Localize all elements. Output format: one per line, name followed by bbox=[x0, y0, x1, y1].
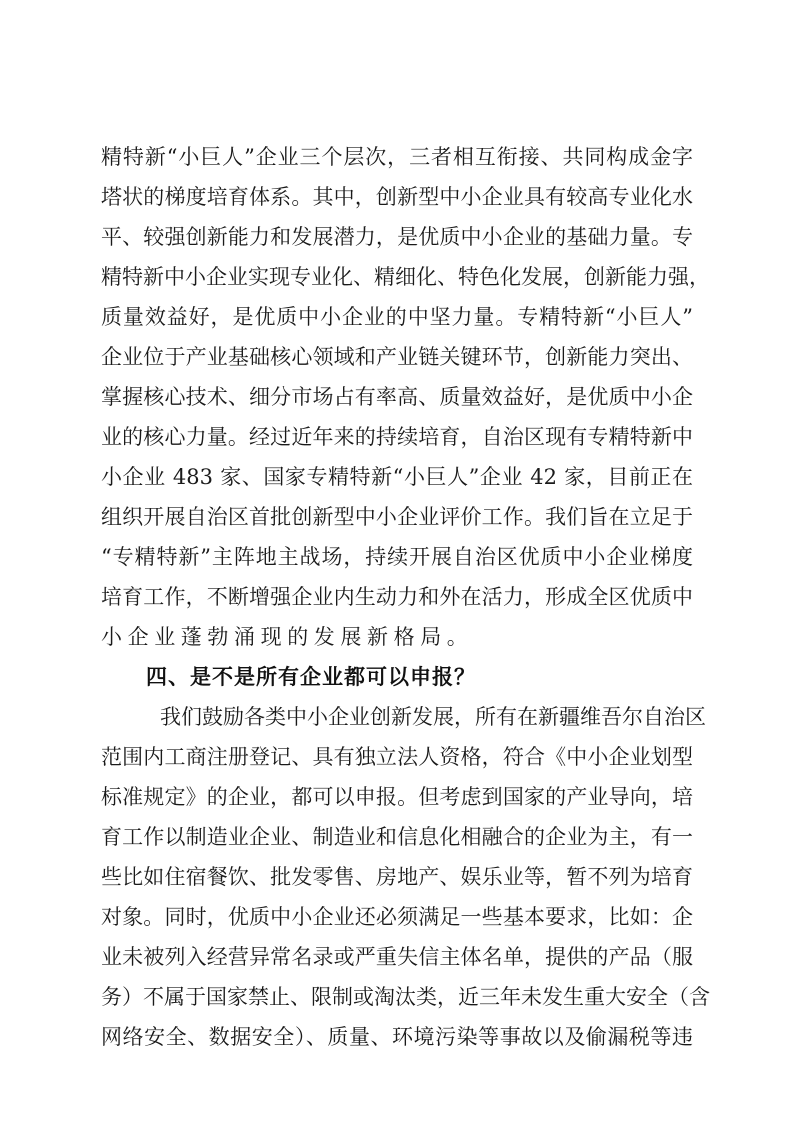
paragraph-line: “专精特新”主阵地主战场，持续开展自治区优质中小企业梯度 bbox=[101, 537, 693, 577]
paragraph-line: 掌握核心技术、细分市场占有率高、质量效益好，是优质中小企 bbox=[101, 377, 693, 417]
paragraph-line: 培育工作，不断增强企业内生动力和外在活力，形成全区优质中 bbox=[101, 577, 693, 617]
paragraph-line: 组织开展自治区首批创新型中小企业评价工作。我们旨在立足于 bbox=[101, 497, 693, 537]
paragraph-line: 范围内工商注册登记、具有独立法人资格，符合《中小企业划型 bbox=[101, 737, 693, 777]
paragraph-line: 小企业 483 家、国家专精特新“小巨人”企业 42 家，目前正在 bbox=[101, 457, 693, 497]
paragraph-line: 质量效益好，是优质中小企业的中坚力量。专精特新“小巨人” bbox=[101, 297, 693, 337]
paragraph-line: 网络安全、数据安全）、质量、环境污染等事故以及偷漏税等违 bbox=[101, 1017, 693, 1057]
paragraph-line: 业未被列入经营异常名录或严重失信主体名单，提供的产品（服 bbox=[101, 937, 693, 977]
document-body: 精特新“小巨人”企业三个层次，三者相互衔接、共同构成金字 塔状的梯度培育体系。其… bbox=[101, 137, 693, 1057]
paragraph-line: 对象。同时，优质中小企业还必须满足一些基本要求，比如：企 bbox=[101, 897, 693, 937]
paragraph-line: 业的核心力量。经过近年来的持续培育，自治区现有专精特新中 bbox=[101, 417, 693, 457]
paragraph-line: 精特新中小企业实现专业化、精细化、特色化发展，创新能力强， bbox=[101, 257, 693, 297]
paragraph-line: 塔状的梯度培育体系。其中，创新型中小企业具有较高专业化水 bbox=[101, 177, 693, 217]
section-heading: 四、是不是所有企业都可以申报？ bbox=[101, 657, 693, 697]
paragraph-line: 我们鼓励各类中小企业创新发展，所有在新疆维吾尔自治区 bbox=[101, 697, 693, 737]
document-page: 精特新“小巨人”企业三个层次，三者相互衔接、共同构成金字 塔状的梯度培育体系。其… bbox=[0, 0, 793, 1122]
paragraph-line: 小企业蓬勃涌现的发展新格局。 bbox=[101, 617, 693, 657]
paragraph-line: 标准规定》的企业，都可以申报。但考虑到国家的产业导向，培 bbox=[101, 777, 693, 817]
paragraph-line: 精特新“小巨人”企业三个层次，三者相互衔接、共同构成金字 bbox=[101, 137, 693, 177]
paragraph-line: 些比如住宿餐饮、批发零售、房地产、娱乐业等，暂不列为培育 bbox=[101, 857, 693, 897]
paragraph-line: 平、较强创新能力和发展潜力，是优质中小企业的基础力量。专 bbox=[101, 217, 693, 257]
paragraph-line: 育工作以制造业企业、制造业和信息化相融合的企业为主，有一 bbox=[101, 817, 693, 857]
paragraph-line: 企业位于产业基础核心领域和产业链关键环节，创新能力突出、 bbox=[101, 337, 693, 377]
paragraph-line: 务）不属于国家禁止、限制或淘汰类，近三年未发生重大安全（含 bbox=[101, 977, 693, 1017]
